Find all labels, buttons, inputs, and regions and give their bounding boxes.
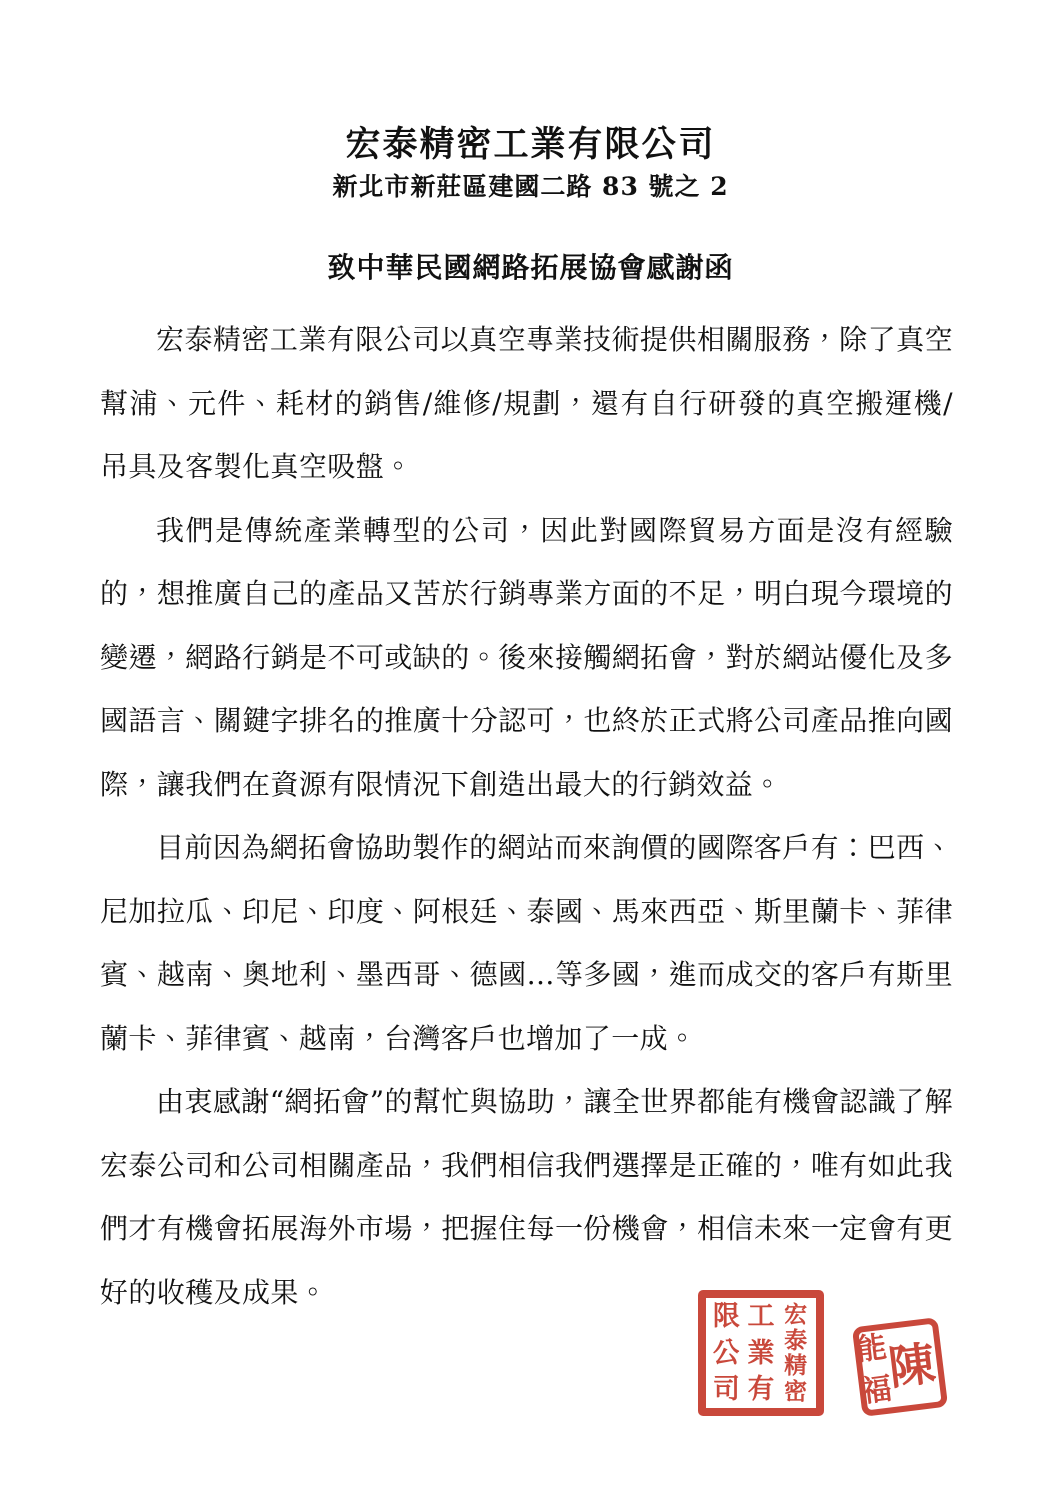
company-address: 新北市新莊區建國二路 83 號之 2 [0,172,1061,202]
seal-char: 有 [747,1376,774,1403]
document-page: 宏泰精密工業有限公司 新北市新莊區建國二路 83 號之 2 致中華民國網路拓展協… [0,0,1061,1500]
personal-seal-column-right: 陳 [885,1327,939,1404]
company-name: 宏泰精密工業有限公司 [0,124,1061,166]
company-seal-column-right: 宏 泰 精 密 [778,1303,813,1403]
seal-char: 陳 [886,1340,937,1391]
seal-char: 限 [713,1303,740,1330]
company-seal-column-middle: 工 業 有 [744,1303,779,1403]
seal-char: 密 [784,1380,807,1403]
paragraph-3: 目前因為網拓會協助製作的網站而來詢價的國際客戶有：巴西、尼加拉瓜、印尼、印度、阿… [100,816,953,1070]
seal-char: 工 [747,1303,774,1330]
letter-title: 致中華民國網路拓展協會感謝函 [0,250,1061,286]
seal-char: 司 [713,1376,740,1403]
letter-body: 宏泰精密工業有限公司以真空專業技術提供相關服務，除了真空幫浦、元件、耗材的銷售/… [100,308,953,1324]
seal-char: 業 [747,1340,774,1367]
seal-char: 能 [855,1333,888,1366]
seal-char: 精 [784,1354,807,1377]
personal-seal-stamp: 陳 能 福 [852,1317,948,1417]
paragraph-2: 我們是傳統產業轉型的公司，因此對國際貿易方面是沒有經驗的，想推廣自己的產品又苦於… [100,499,953,817]
company-seal-stamp: 宏 泰 精 密 工 業 有 限 公 司 [698,1290,824,1416]
seal-char: 泰 [784,1329,807,1352]
seal-char: 福 [860,1374,893,1407]
company-seal-column-left: 限 公 司 [709,1303,744,1403]
seal-char: 宏 [784,1303,807,1326]
letterhead: 宏泰精密工業有限公司 新北市新莊區建國二路 83 號之 2 [0,124,1061,202]
seal-char: 公 [713,1340,740,1367]
paragraph-1: 宏泰精密工業有限公司以真空專業技術提供相關服務，除了真空幫浦、元件、耗材的銷售/… [100,308,953,499]
paragraph-4: 由衷感謝“網拓會”的幫忙與協助，讓全世界都能有機會認識了解宏泰公司和公司相關產品… [100,1070,953,1324]
